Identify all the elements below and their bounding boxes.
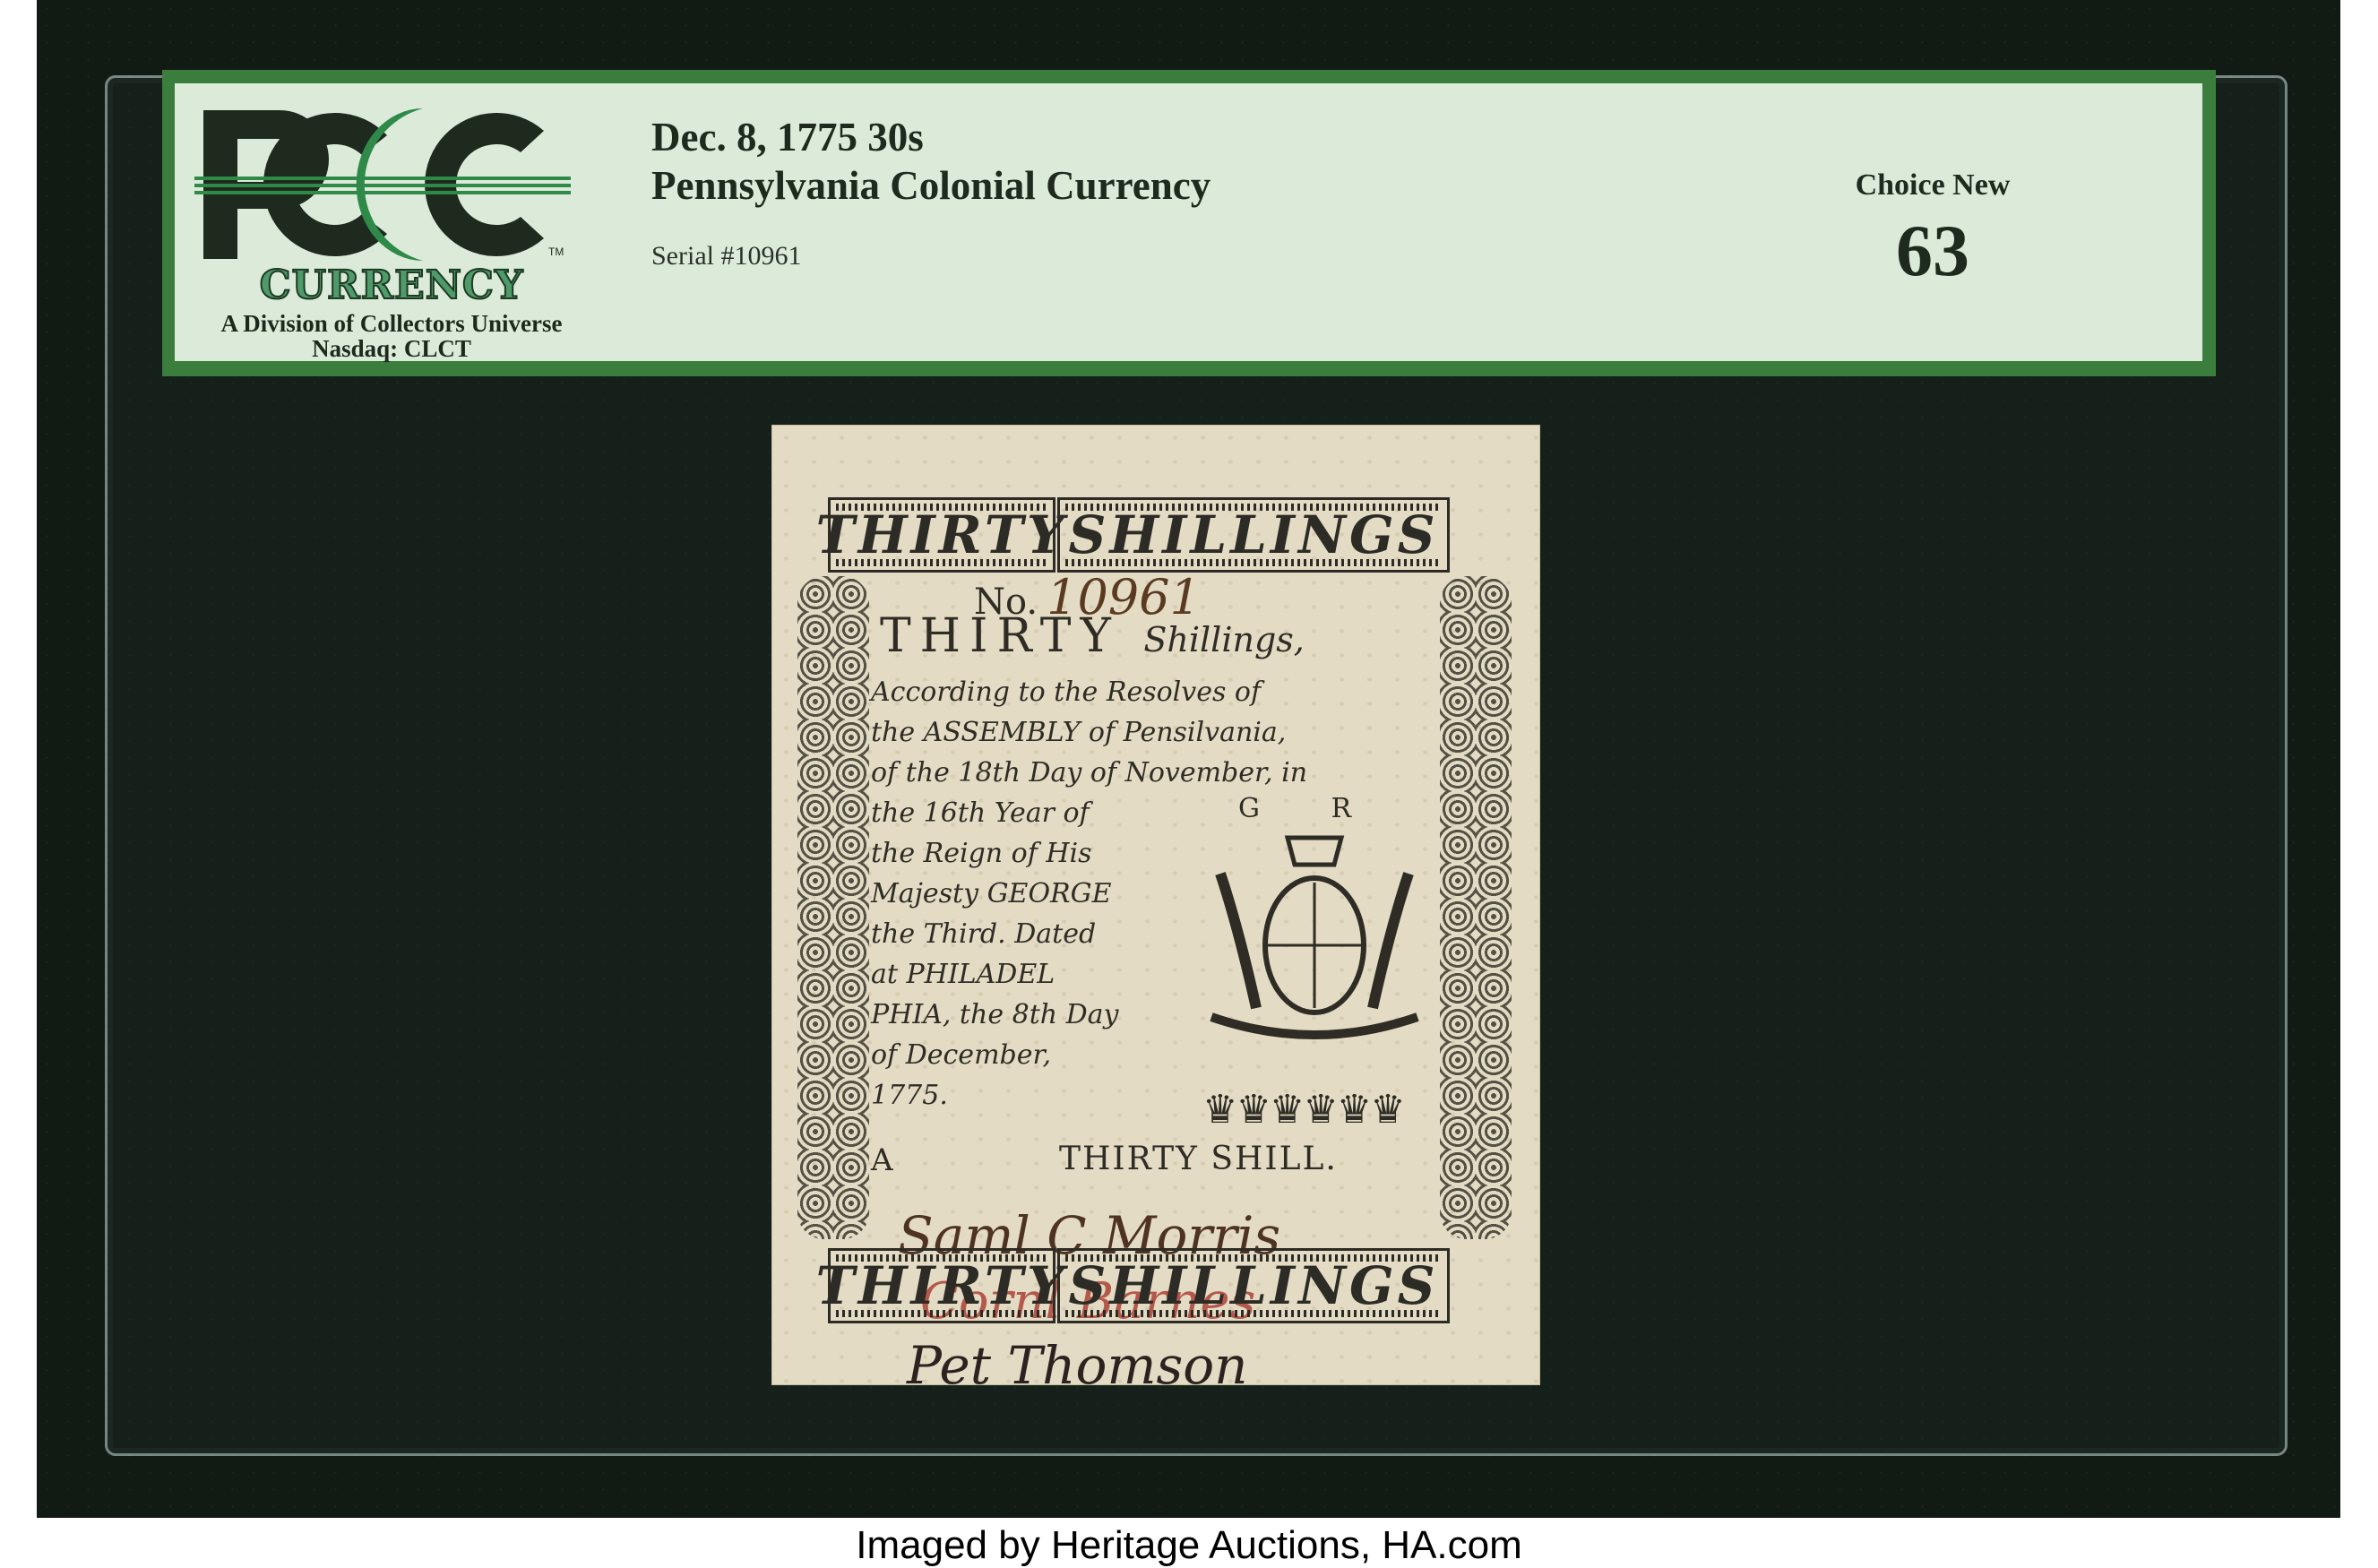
bottom-band-thirty: THIRTY [828,1248,1055,1323]
body-line: of the 18th Day of November, in [871,753,1426,793]
brand-sub: CURRENCY [212,263,571,308]
grade-description: Choice New [1821,168,2045,202]
body-line: the Third. Dated [871,914,1193,954]
pcgs-logo-mark [194,99,571,270]
crowns-row-icon: ♛♛♛♛♛♛ [1202,1087,1404,1133]
division-line2: Nasdaq: CLCT [194,336,589,361]
body-line: PHIA, the 8th Day [871,995,1193,1035]
signature-3: Pet Thomson [907,1335,1247,1396]
bottom-band-shillings: SHILLINGS [1057,1248,1450,1323]
label-title-issue: Pennsylvania Colonial Currency [651,162,1211,209]
body-line: Majesty GEORGE [871,874,1193,914]
body-line: According to the Resolves of [871,672,1426,712]
royal-arms-icon [1202,820,1426,1062]
label-serial: Serial #10961 [651,241,801,271]
banknote: THIRTY SHILLINGS No.10961 THIRTY Shillin… [772,426,1539,1384]
right-ornamental-border [1440,576,1512,1239]
body-line: of December, [871,1035,1193,1075]
grade-number: 63 [1821,209,2045,293]
body-line: the 16th Year of [871,793,1193,833]
division-text: A Division of Collectors Universe Nasdaq… [194,311,589,361]
grading-label: TM CURRENCY A Division of Collectors Uni… [162,70,2216,376]
pcgs-logo: TM CURRENCY A Division of Collectors Uni… [194,99,571,350]
body-line: 1775. [871,1075,1193,1116]
body-line: the ASSEMBLY of Pensilvania, [871,712,1426,753]
left-ornamental-border [797,576,869,1239]
body-line: at PHILADEL [871,954,1193,995]
denomination-caps: THIRTY [880,609,1120,663]
division-line1: A Division of Collectors Universe [194,311,589,336]
note-body-text: According to the Resolves of the ASSEMBL… [871,672,1193,1116]
trademark: TM [548,246,564,258]
top-band-thirty: THIRTY [828,497,1055,573]
plate-letter: A [871,1142,893,1178]
label-inner: TM CURRENCY A Division of Collectors Uni… [175,83,2202,361]
top-band-shillings: SHILLINGS [1057,497,1450,573]
denomination-script: Shillings, [1143,620,1305,659]
denomination: THIRTY Shillings, [880,609,1305,663]
image-credit: Imaged by Heritage Auctions, HA.com [0,1523,2378,1568]
body-line: the Reign of His [871,833,1193,874]
label-title-date: Dec. 8, 1775 30s [651,114,924,160]
value-footer: THIRTY SHILL. [1059,1141,1338,1177]
